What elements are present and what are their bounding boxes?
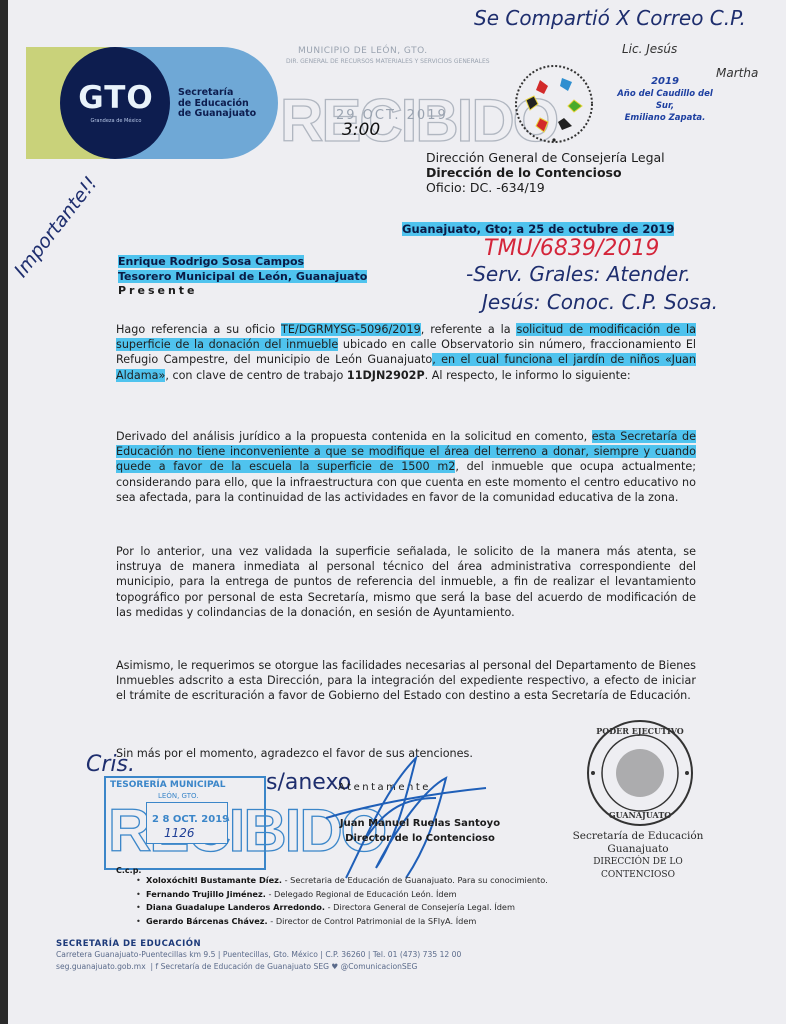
year-motto: 2019 Año del Caudillo del Sur, Emiliano … xyxy=(610,76,720,124)
signatory: Juan Manuel Ruelas Santoyo Director de l… xyxy=(300,816,540,846)
sender-block: Dirección General de Consejería Legal Di… xyxy=(426,150,665,195)
footer-facebook: Secretaría de Educación de Guanajuato SE… xyxy=(161,962,329,971)
labor-equality-emblem-icon xyxy=(512,62,596,146)
handwritten-lic-jesus: Lic. Jesús xyxy=(622,42,677,56)
ccp-item: • Fernando Trujillo Jiménez. - Delegado … xyxy=(136,888,548,902)
handwritten-tmu-ref: TMU/6839/2019 xyxy=(484,236,659,261)
ccp-list: • Xoloxóchitl Bustamante Díez. - Secreta… xyxy=(136,874,548,928)
logo-tagline: Grandeza de México xyxy=(72,118,160,124)
ccp-item: • Diana Guadalupe Landeros Arredondo. - … xyxy=(136,901,548,915)
paragraph-request: Por lo anterior, una vez validada la sup… xyxy=(116,544,696,620)
ccp-item: • Gerardo Bárcenas Chávez. - Director de… xyxy=(136,915,548,929)
facebook-icon: f xyxy=(156,962,159,971)
logo-mark: GTO xyxy=(70,80,162,116)
recipient-name: Enrique Rodrigo Sosa Campos xyxy=(118,255,304,268)
ccp-item: • Xoloxóchitl Bustamante Díez. - Secreta… xyxy=(136,874,548,888)
recipient-block: Enrique Rodrigo Sosa Campos Tesorero Mun… xyxy=(118,255,367,299)
paragraph-facilities: Asimismo, le requerimos se otorgue las f… xyxy=(116,658,696,704)
recipient-title: Tesorero Municipal de León, Guanajuato xyxy=(118,270,367,283)
salutation: Presente xyxy=(118,284,367,299)
svg-text:PODER EJECUTIVO: PODER EJECUTIVO xyxy=(596,726,684,736)
footer-title: SECRETARÍA DE EDUCACIÓN xyxy=(56,939,461,949)
svg-text:GUANAJUATO: GUANAJUATO xyxy=(609,810,672,820)
footer-contacts: seg.guanajuato.gob.mx | f Secretaría de … xyxy=(56,961,461,973)
handwritten-time: 3:00 xyxy=(342,120,380,140)
received-stamp-tesoreria: RECIBIDO TESORERÍA MUNICIPAL LEÓN, GTO. … xyxy=(104,776,266,870)
footer-website: seg.guanajuato.gob.mx xyxy=(56,962,146,971)
handwritten-martha: Martha xyxy=(716,66,758,80)
logo-org-name: Secretaría de Educación de Guanajuato xyxy=(178,88,256,120)
footer-twitter: @ComunicacionSEG xyxy=(341,962,418,971)
handwritten-shared-note: Se Compartió X Correo C.P. xyxy=(474,6,746,30)
footer-address: Carretera Guanajuato-Puentecillas km 9.5… xyxy=(56,949,461,961)
date-line: Guanajuato, Gto; a 25 de octubre de 2019 xyxy=(402,222,674,236)
scan-left-edge xyxy=(0,0,8,1024)
official-seal-icon: PODER EJECUTIVO GUANAJUATO xyxy=(585,718,695,828)
handwritten-jesus-note: Jesús: Conoc. C.P. Sosa. xyxy=(482,290,718,314)
seal-caption: Secretaría de Educación Guanajuato DIREC… xyxy=(558,830,718,882)
received-stamp-municipio: MUNICIPIO DE LEÓN, GTO. DIR. GENERAL DE … xyxy=(280,46,472,166)
paragraph-analysis: Derivado del análisis jurídico a la prop… xyxy=(116,429,696,505)
paragraph-reference: Hago referencia a su oficio TE/DGRMYSG-5… xyxy=(116,322,696,383)
twitter-icon: ♥ xyxy=(331,962,338,971)
letter-footer: SECRETARÍA DE EDUCACIÓN Carretera Guanaj… xyxy=(56,939,461,973)
handwritten-serv-grales: -Serv. Grales: Atender. xyxy=(466,262,691,286)
